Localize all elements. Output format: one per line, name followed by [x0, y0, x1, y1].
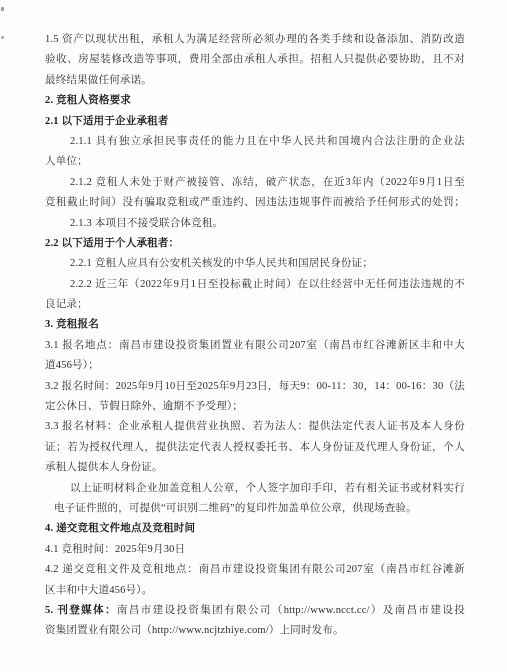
text-line: 2.2.2 近三年（2022年9月1日至投标截止时间）在以往经营中无任何违法违规…	[45, 275, 465, 295]
text-line: 3.2 报名时间：2025年9月10日至2025年9月23日，每天9：00-11…	[45, 377, 465, 397]
text-line: 资集团置业有限公司（http://www.ncjtzhiye.com/）上同时发…	[45, 621, 465, 641]
text-line: 人单位；	[45, 152, 465, 172]
text-line: 电子证件照的，可提供“可识别二维码”的复印件加盖单位公章，供现场查验。	[45, 499, 465, 519]
section-heading: 2.2 以下适用于个人承租者：	[45, 234, 465, 254]
text-line: 2.1.2 竞租人未处于财产被接管、冻结，破产状态，在近3年内（2022年9月1…	[45, 173, 465, 193]
text-line: 4.2 递交竞租文件及竞租地点：南昌市建设投资集团有限公司207室（南昌市红谷滩…	[45, 560, 465, 580]
text-line: 区丰和中大道456号）。	[45, 581, 465, 601]
text-line: 5. 刊登媒体：南昌市建设投资集团有限公司（http://www.ncct.cc…	[45, 601, 465, 621]
section-heading: 2.1 以下适用于企业承租者	[45, 112, 465, 132]
text-line: 2.1.1 具有独立承担民事责任的能力且在中华人民共和国境内合法注册的企业法	[45, 132, 465, 152]
text-line: 竞租截止时间）没有骗取竞租或严重违约、因违法违规事件而被给予任何形式的处罚；	[45, 193, 465, 213]
text-line: 道456号）；	[45, 356, 465, 376]
text-line: 以上证明材料企业加盖竞租人公章，个人签字加印手印，若有相关证书或材料实行	[45, 479, 465, 499]
text-line: 1.5 资产以现状出租，承租人为满足经营所必须办理的各类手续和设备添加、消防改造	[45, 30, 465, 50]
text-line: 验收、房屋装修改造等事项，费用全部由承租人承担。招租人只提供必要协助，且不对	[45, 50, 465, 70]
text-line: 证；若为授权代理人，提供法定代表人授权委托书、本人身份证及代理人身份证，个人	[45, 438, 465, 458]
section-heading: 2. 竞租人资格要求	[45, 91, 465, 111]
text-line: 2.2.1 竞租人应具有公安机关核发的中华人民共和国居民身份证；	[45, 254, 465, 274]
text-segment: 南昌市建设投资集团有限公司（http://www.ncct.cc/）及南昌市建设…	[117, 605, 465, 616]
section-heading: 4. 递交竞租文件地点及竞租时间	[45, 519, 465, 539]
scan-artifact	[1, 7, 4, 11]
section-heading: 3. 竞租报名	[45, 315, 465, 335]
document-page: 1.5 资产以现状出租，承租人为满足经营所必须办理的各类手续和设备添加、消防改造…	[0, 0, 507, 672]
text-line: 3.1 报名地点：南昌市建设投资集团置业有限公司207室（南昌市红谷滩新区丰和中…	[45, 336, 465, 356]
section-heading-inline: 5. 刊登媒体：	[45, 605, 117, 616]
text-line: 最终结果做任何承诺。	[45, 71, 465, 91]
text-line: 定公休日、节假日除外、逾期不予受理）；	[45, 397, 465, 417]
scan-artifact	[1, 36, 4, 39]
document-body: 1.5 资产以现状出租，承租人为满足经营所必须办理的各类手续和设备添加、消防改造…	[45, 30, 465, 642]
text-line: 2.1.3 本项目不接受联合体竞租。	[45, 214, 465, 234]
text-line: 承租人提供本人身份证。	[45, 458, 465, 478]
text-line: 良记录；	[45, 295, 465, 315]
text-line: 3.3 报名材料：企业承租人提供营业执照、若为法人：提供法定代表人证书及本人身份	[45, 417, 465, 437]
text-line: 4.1 竞租时间：2025年9月30日	[45, 540, 465, 560]
